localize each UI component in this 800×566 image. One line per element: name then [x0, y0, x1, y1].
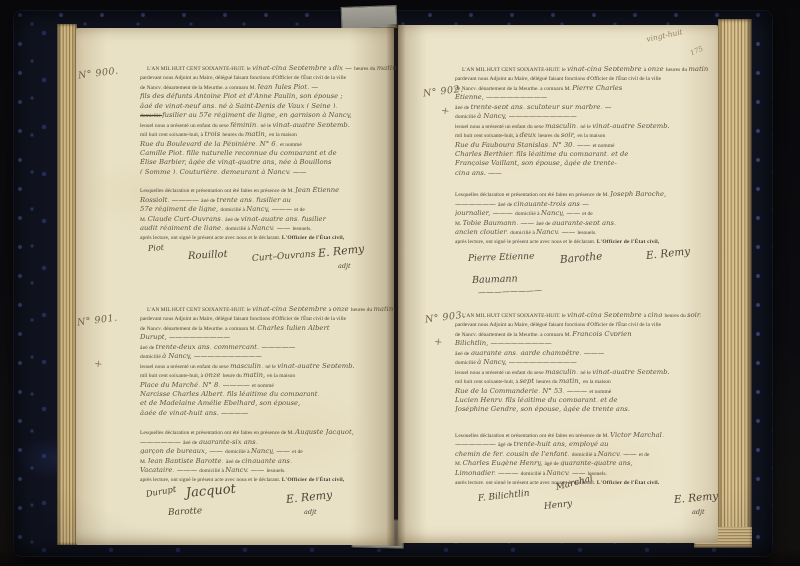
printed-form-text: heures du — [536, 379, 559, 383]
record-line: M. Tobie Baumann, —— âgé de quarante-sep… — [455, 216, 708, 225]
printed-form-text: domicilié — [455, 114, 477, 118]
record-text: L'AN MIL HUIT CENT SOIXANTE-HUIT, le vin… — [140, 61, 397, 240]
printed-form-text: après lecture, ont signé le présent acte… — [140, 235, 282, 239]
record-line: âgé de trente-deux ans, commerçant, ————… — [140, 340, 397, 349]
signature: Jacquot — [185, 482, 236, 501]
printed-form-text: et de — [292, 449, 303, 453]
record-line: Durupt, ————————— — [140, 330, 397, 339]
record-line: Lesquelles déclaration et présentation o… — [140, 425, 397, 434]
record-line: journalier, ——— domicilié à Nancy, —— et… — [455, 206, 708, 215]
handwritten-entry: matin, — [373, 305, 395, 311]
record-line: de Nancy, département de la Meurthe, a c… — [455, 327, 708, 336]
record-line: M. Jean Baptiste Barotte, âgé de cinquan… — [140, 454, 397, 463]
record-line: Lucien Henry, fils légitime du comparant… — [455, 393, 708, 402]
record-line: mil huit cent soixante-huit, à onze heur… — [140, 368, 397, 377]
birth-record-n902: N° 902.+L'AN MIL HUIT CENT SOIXANTE-HUIT… — [398, 62, 718, 294]
record-line: pardevant nous Adjoint au Maire, délégué… — [140, 70, 397, 79]
printed-form-text: domicilié — [140, 113, 162, 117]
corner-note-text: vingt-huit — [645, 27, 683, 43]
handwritten-entry: Étienne, ————————— — [455, 93, 547, 99]
handwritten-entry: soir, — [561, 131, 578, 137]
printed-form-text: heures du — [666, 67, 689, 71]
record-line: pardevant nous Adjoint au Maire, délégué… — [455, 317, 708, 326]
handwritten-entry: soir, — [687, 311, 701, 317]
record-line: chemin de fer, cousin de l'enfant, domic… — [455, 447, 708, 456]
record-line: mil huit cent soixante-huit, à trois heu… — [140, 127, 397, 136]
printed-form-text: et de — [294, 207, 305, 211]
record-line: de Nancy, département de la Meurthe, a c… — [455, 81, 708, 90]
record-line: M. Claude Curt-Ouvrans, âgé de vingt-qua… — [140, 212, 397, 221]
handwritten-entry: quarante-quatre ans, — [560, 459, 633, 465]
signature: Pierre Etienne — [468, 252, 535, 264]
record-line: Place du Marché, N° 8, ———— et nommé — [140, 378, 397, 387]
record-line: Lesquelles déclaration et présentation o… — [455, 428, 708, 437]
printed-form-text: domicilié — [140, 354, 162, 358]
record-line: lequel nous a présenté un enfant du sexe… — [140, 359, 397, 368]
signature: ———————— — [478, 286, 542, 297]
record-line: de Nancy, département de la Meurthe, a c… — [140, 321, 397, 330]
printed-form-text: en la maison — [269, 132, 297, 136]
signature: E. Remy — [285, 488, 333, 506]
handwritten-entry: Pierre Charles — [572, 84, 622, 90]
handwritten-entry: Victor Marchal, — [610, 431, 664, 437]
handwritten-entry: Joséphine Gendre, son épouse, âgée de tr… — [455, 405, 630, 411]
printed-form-text: domicilié — [455, 360, 477, 364]
record-line: Rossiolt, ———— âgé de trente ans, fusili… — [140, 193, 397, 202]
signature: Barotte — [168, 506, 203, 518]
corner-note-folio: 175 — [689, 45, 704, 58]
birth-record-n900: N° 900.L'AN MIL HUIT CENT SOIXANTE-HUIT,… — [76, 61, 394, 293]
record-line: —————— âgé de cinquante-trois ans — — [455, 197, 708, 206]
record-line: et de Madelaine Amélie Ebelhard, son épo… — [140, 396, 397, 405]
record-line: Rue de la Commanderie, N° 53, ——— et nom… — [455, 384, 708, 393]
record-line: lequel nous a présenté un enfant du sexe… — [455, 365, 708, 374]
handwritten-entry: onze — [204, 371, 222, 377]
printed-form-text: L'Officier de l'État civil, — [282, 477, 345, 481]
handwritten-entry: à Nancy, —————————— — [477, 112, 577, 118]
handwritten-entry: à Nancy, —————————— — [162, 352, 262, 358]
record-line: mil huit cent soixante-huit, à sept heur… — [455, 374, 708, 383]
handwritten-entry: François Cyprien — [572, 330, 631, 336]
birth-record-n901: N° 901.+L'AN MIL HUIT CENT SOIXANTE-HUIT… — [76, 302, 394, 540]
printed-form-text: L'Officier de l'État civil, — [597, 239, 660, 243]
printed-form-text: heures du — [351, 307, 374, 311]
record-line: M. Charles Eugène Henry, âgé de quarante… — [455, 456, 708, 465]
record-line: ( Somme ), Couturière, demeurant à Nancy… — [140, 165, 397, 174]
handwritten-entry: 57e régiment de ligne, — [140, 205, 220, 211]
printed-form-text: en la maison — [583, 379, 611, 383]
record-line: Lesquelles déclaration et présentation o… — [140, 183, 397, 192]
record-line: âgé de quarante ans, garde champêtre, ——… — [455, 346, 708, 355]
printed-form-text: heures du — [222, 132, 245, 136]
printed-form-text: domicilié à — [220, 207, 246, 211]
handwritten-entry: Auguste Jacquot, — [295, 428, 354, 434]
record-line: —————— âgé de trente-huit ans, employé a… — [455, 437, 708, 446]
signature: Rouillot — [188, 249, 228, 262]
record-line: L'AN MIL HUIT CENT SOIXANTE-HUIT, le vin… — [455, 62, 708, 71]
page-edges-left — [57, 24, 77, 545]
record-text: L'AN MIL HUIT CENT SOIXANTE-HUIT, le vin… — [140, 302, 397, 482]
handwritten-entry: fusilier au 57e régiment de ligne, en ga… — [162, 111, 352, 117]
printed-form-text: en la maison — [267, 373, 295, 377]
printed-form-text: heures du — [664, 313, 687, 317]
handwritten-entry: Nancy, —— — [251, 447, 292, 453]
page-edges-right — [718, 19, 752, 546]
signature: Curt–Ouvrans — [252, 250, 316, 264]
printed-form-text: L'Officier de l'État civil, — [597, 480, 660, 484]
signature: Piot — [148, 243, 165, 253]
signature: adjt — [692, 508, 705, 516]
record-line: Limonadier, ——— domicilié à Nancy, —— le… — [455, 466, 708, 475]
printed-form-text: mil huit cent soixante-huit, à — [455, 379, 519, 383]
printed-form-text: mil huit cent soixante-huit, à — [140, 373, 204, 377]
signature: Durupt — [145, 485, 177, 500]
record-line: pardevant nous Adjoint au Maire, délégué… — [140, 311, 397, 320]
record-line: Lesquelles déclaration et présentation o… — [455, 187, 708, 196]
left-page: N° 900.L'AN MIL HUIT CENT SOIXANTE-HUIT,… — [76, 28, 394, 545]
margin-cross-mark: + — [440, 105, 450, 117]
handwritten-entry: Françoise Vaillant, son épouse, âgée de … — [455, 159, 617, 165]
record-line: Rue du Boulevard de la Pépinière, N° 6, … — [140, 137, 397, 146]
record-line: âgée de vingt-huit ans. ———— — [140, 406, 397, 415]
signature: Baumann — [472, 273, 518, 286]
margin-cross-mark: + — [93, 358, 103, 370]
margin-cross-mark: + — [433, 336, 443, 348]
handwritten-entry: matin, — [245, 130, 269, 136]
record-line: domicilié fusilier au 57e régiment de li… — [140, 108, 397, 117]
signature: Henry — [543, 499, 572, 512]
record-line: lequel nous a présenté un enfant du sexe… — [140, 118, 397, 127]
record-line: L'AN MIL HUIT CENT SOIXANTE-HUIT, le vin… — [140, 61, 397, 70]
record-line: Françoise Vaillant, son épouse, âgée de … — [455, 156, 708, 165]
record-text: L'AN MIL HUIT CENT SOIXANTE-HUIT, le vin… — [455, 62, 708, 244]
signature: F. Bilichtlin — [477, 489, 530, 504]
record-line: Rue du Faubourg Stanislas, N° 30, —— et … — [455, 138, 708, 147]
printed-form-text: domicilié à — [515, 211, 541, 215]
signature: E. Remy — [645, 245, 690, 262]
record-line: garçon de bureaux, —— domicilié à Nancy,… — [140, 444, 397, 453]
record-line: Élise Barbier, âgée de vingt-quatre ans,… — [140, 155, 397, 164]
printed-form-text: heures du — [538, 133, 561, 137]
handwritten-entry: Rue du Boulevard de la Pépinière, N° 6, — [140, 140, 280, 146]
record-line: Camille Piot, fille naturelle reconnue d… — [140, 146, 397, 155]
handwritten-entry: Place du Marché, N° 8, ———— — [140, 381, 252, 387]
record-line: fils des défunts Antoine Piot et d'Anne … — [140, 89, 397, 98]
handwritten-entry: Élise Barbier, âgée de vingt-quatre ans,… — [140, 158, 331, 164]
handwritten-entry: Charles Eugène Henry, — [463, 459, 545, 465]
record-line: Bilichtlin, ————————— — [455, 336, 708, 345]
record-line: âgé de trente-sept ans, sculpteur sur ma… — [455, 100, 708, 109]
record-number: N° 901. — [76, 313, 118, 329]
handwritten-entry: deux — [519, 131, 538, 137]
record-line: Narcisse Charles Albert, fils légitime d… — [140, 387, 397, 396]
record-line: cinq ans. —— — [455, 166, 708, 175]
handwritten-entry: Jean Étienne — [295, 186, 339, 192]
record-line: Vacataire, ——— domicilié à Nancy, —— les… — [140, 463, 397, 472]
printed-form-text: en la maison — [577, 133, 605, 137]
record-line: ancien cloutier, domicilié à Nancy, —— l… — [455, 225, 708, 234]
handwritten-entry: cinq ans. —— — [455, 169, 502, 175]
signature: adjt — [304, 508, 317, 516]
record-line: domicilié à Nancy, —————————— — [140, 349, 397, 358]
signature: E. Remy — [673, 490, 718, 506]
record-line: L'AN MIL HUIT CENT SOIXANTE-HUIT, le vin… — [140, 302, 397, 311]
record-number: N° 900. — [77, 66, 119, 82]
handwritten-entry: âgée de vingt-huit ans. ———— — [140, 409, 248, 415]
printed-form-text: après lecture, ont signé le présent acte… — [455, 239, 597, 243]
handwritten-entry: Bilichtlin, ————————— — [455, 339, 552, 345]
handwritten-entry: matin, — [377, 64, 397, 70]
handwritten-entry: à Nancy, —————————— — [477, 358, 577, 364]
handwritten-entry: Nancy, —— — [541, 209, 582, 215]
signature: adjt — [338, 262, 351, 270]
record-line: lequel nous a présenté un enfant du sexe… — [455, 119, 708, 128]
handwritten-entry: trois — [204, 130, 222, 136]
handwritten-entry: ( Somme ), Couturière, demeurant à Nancy… — [140, 168, 306, 174]
handwritten-entry: matin, — [559, 377, 583, 383]
birth-record-n903: N° 903.+L'AN MIL HUIT CENT SOIXANTE-HUIT… — [398, 308, 718, 540]
printed-form-text: L'Officier de l'État civil, — [282, 235, 345, 239]
record-line: domicilié à Nancy, —————————— — [455, 355, 708, 364]
handwritten-entry: et de Madelaine Amélie Ebelhard, son épo… — [140, 399, 300, 405]
handwritten-entry: journalier, ——— — [455, 209, 515, 215]
handwritten-entry: Durupt, ————————— — [140, 333, 230, 339]
handwritten-entry: trente-huit ans, employé au — [514, 440, 609, 446]
handwritten-entry: Joseph Baroche, — [610, 190, 666, 196]
handwritten-entry: Nancy, ——— — [246, 205, 294, 211]
signature: E. Remy — [317, 242, 365, 260]
record-line: L'AN MIL HUIT CENT SOIXANTE-HUIT, le vin… — [455, 308, 708, 317]
handwritten-entry: Rue du Faubourg Stanislas, N° 30, —— — [455, 141, 593, 147]
handwritten-entry: matin, — [688, 65, 708, 71]
record-line: après lecture, ont signé le présent acte… — [455, 234, 708, 243]
printed-form-text: mil huit cent soixante-huit, à — [455, 133, 519, 137]
record-line: domicilié à Nancy, —————————— — [455, 109, 708, 118]
handwritten-entry: garçon de bureaux, —— — [140, 447, 225, 453]
handwritten-entry: Rue de la Commanderie, N° 53, ——— — [455, 387, 589, 393]
printed-form-text: âgé de — [544, 461, 560, 465]
record-line: mil huit cent soixante-huit, à deux heur… — [455, 128, 708, 137]
printed-form-text: et de — [639, 452, 650, 456]
handwritten-entry: —————— — [455, 440, 498, 446]
record-line: audit régiment de ligne, domicilié à Nan… — [140, 221, 397, 230]
record-line: —————— âgé de quarante-six ans, — [140, 435, 397, 444]
printed-form-text: après lecture, ont signé le présent acte… — [140, 477, 282, 481]
handwritten-entry: Charles Julien Albert — [257, 324, 329, 330]
record-line: Charles Berthier, fils légitime du compa… — [455, 147, 708, 156]
signature: Barothe — [559, 250, 602, 266]
right-page: vingt-huit 175 N° 902.+L'AN MIL HUIT CEN… — [398, 25, 718, 543]
record-line: Joséphine Gendre, son épouse, âgée de tr… — [455, 402, 708, 411]
printed-form-text: heures du — [354, 66, 377, 70]
record-line: âgé de vingt-neuf ans, né à Saint-Denis … — [140, 99, 397, 108]
record-line: de Nancy, département de la Meurthe, a c… — [140, 80, 397, 89]
record-line: pardevant nous Adjoint au Maire, délégué… — [455, 71, 708, 80]
printed-form-text: mil huit cent soixante-huit, à — [140, 132, 204, 136]
printed-form-text: domicilié à — [225, 449, 251, 453]
record-line: Étienne, ————————— — [455, 90, 708, 99]
printed-form-text: et de — [582, 211, 593, 215]
handwritten-entry: matin, — [243, 371, 267, 377]
record-text: L'AN MIL HUIT CENT SOIXANTE-HUIT, le vin… — [455, 308, 708, 484]
record-line: après lecture, ont signé le présent acte… — [140, 230, 397, 239]
binding-tape-top — [341, 5, 398, 30]
handwritten-entry: sept — [519, 377, 536, 383]
printed-form-text: heure du — [223, 373, 243, 377]
photo-background: N° 900.L'AN MIL HUIT CENT SOIXANTE-HUIT,… — [0, 0, 800, 566]
record-line: 57e régiment de ligne, domicilié à Nancy… — [140, 202, 397, 211]
record-line: après lecture, ont signé le présent acte… — [140, 472, 397, 481]
printed-form-text: M. — [455, 461, 463, 465]
handwritten-entry: fils des défunts Antoine Piot et d'Anne … — [140, 92, 343, 98]
